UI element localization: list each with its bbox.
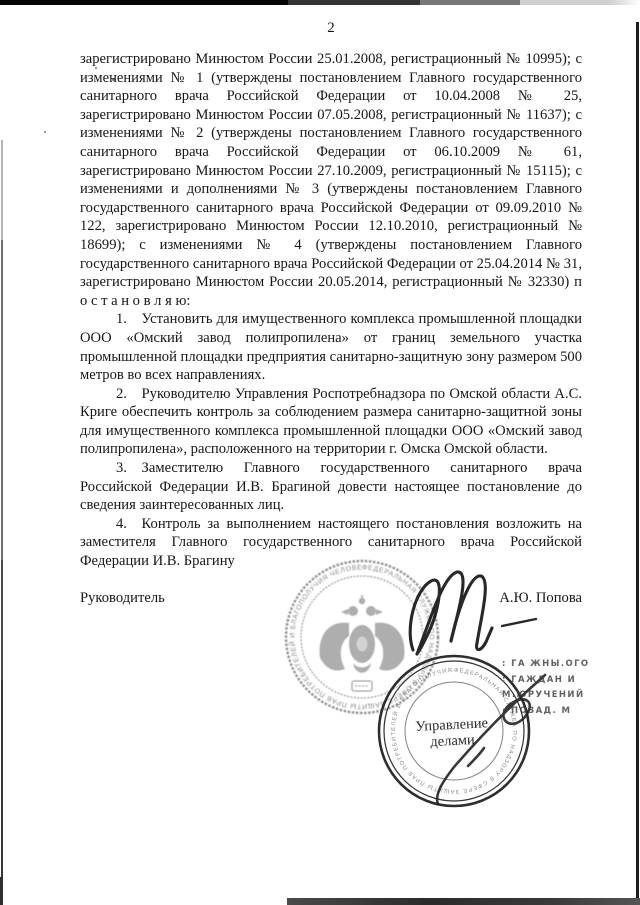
top-edge-artifact	[0, 0, 640, 5]
bottom-left-edge-artifact	[0, 877, 3, 905]
document-text: зарегистрировано Минюстом России 25.01.2…	[80, 50, 582, 571]
faded-stamp-line: : ГАЖДАН И	[502, 673, 638, 689]
faded-stamp-line: · ПОЗАД. М	[502, 704, 638, 720]
ordered-item: 2. Руководителю Управления Роспотребнадз…	[80, 385, 582, 459]
bottom-edge-artifact	[287, 898, 640, 905]
page-number: 2	[80, 20, 582, 37]
faded-stamp-line: М.ЮРУЧЕНИЙ	[502, 688, 638, 704]
scanned-document-page: 2 зарегистрировано Минюстом России 25.01…	[0, 0, 640, 905]
faded-stamp-line: : ГА ЖНЫ.ОГО	[502, 657, 638, 673]
ordered-item: 3. Заместителю Главного государственного…	[80, 459, 582, 515]
left-edge-artifact	[1, 140, 3, 905]
faded-stamp-text: : ГА ЖНЫ.ОГО: ГАЖДАН ИМ.ЮРУЧЕНИЙ· ПОЗАД.…	[502, 657, 638, 719]
scan-speck	[44, 131, 46, 133]
ordered-item: 1. Установить для имущественного комплек…	[80, 310, 582, 384]
signature-title: Руководитель	[80, 590, 165, 607]
right-edge-artifact	[636, 22, 639, 905]
intro-paragraph: зарегистрировано Минюстом России 25.01.2…	[80, 50, 582, 310]
